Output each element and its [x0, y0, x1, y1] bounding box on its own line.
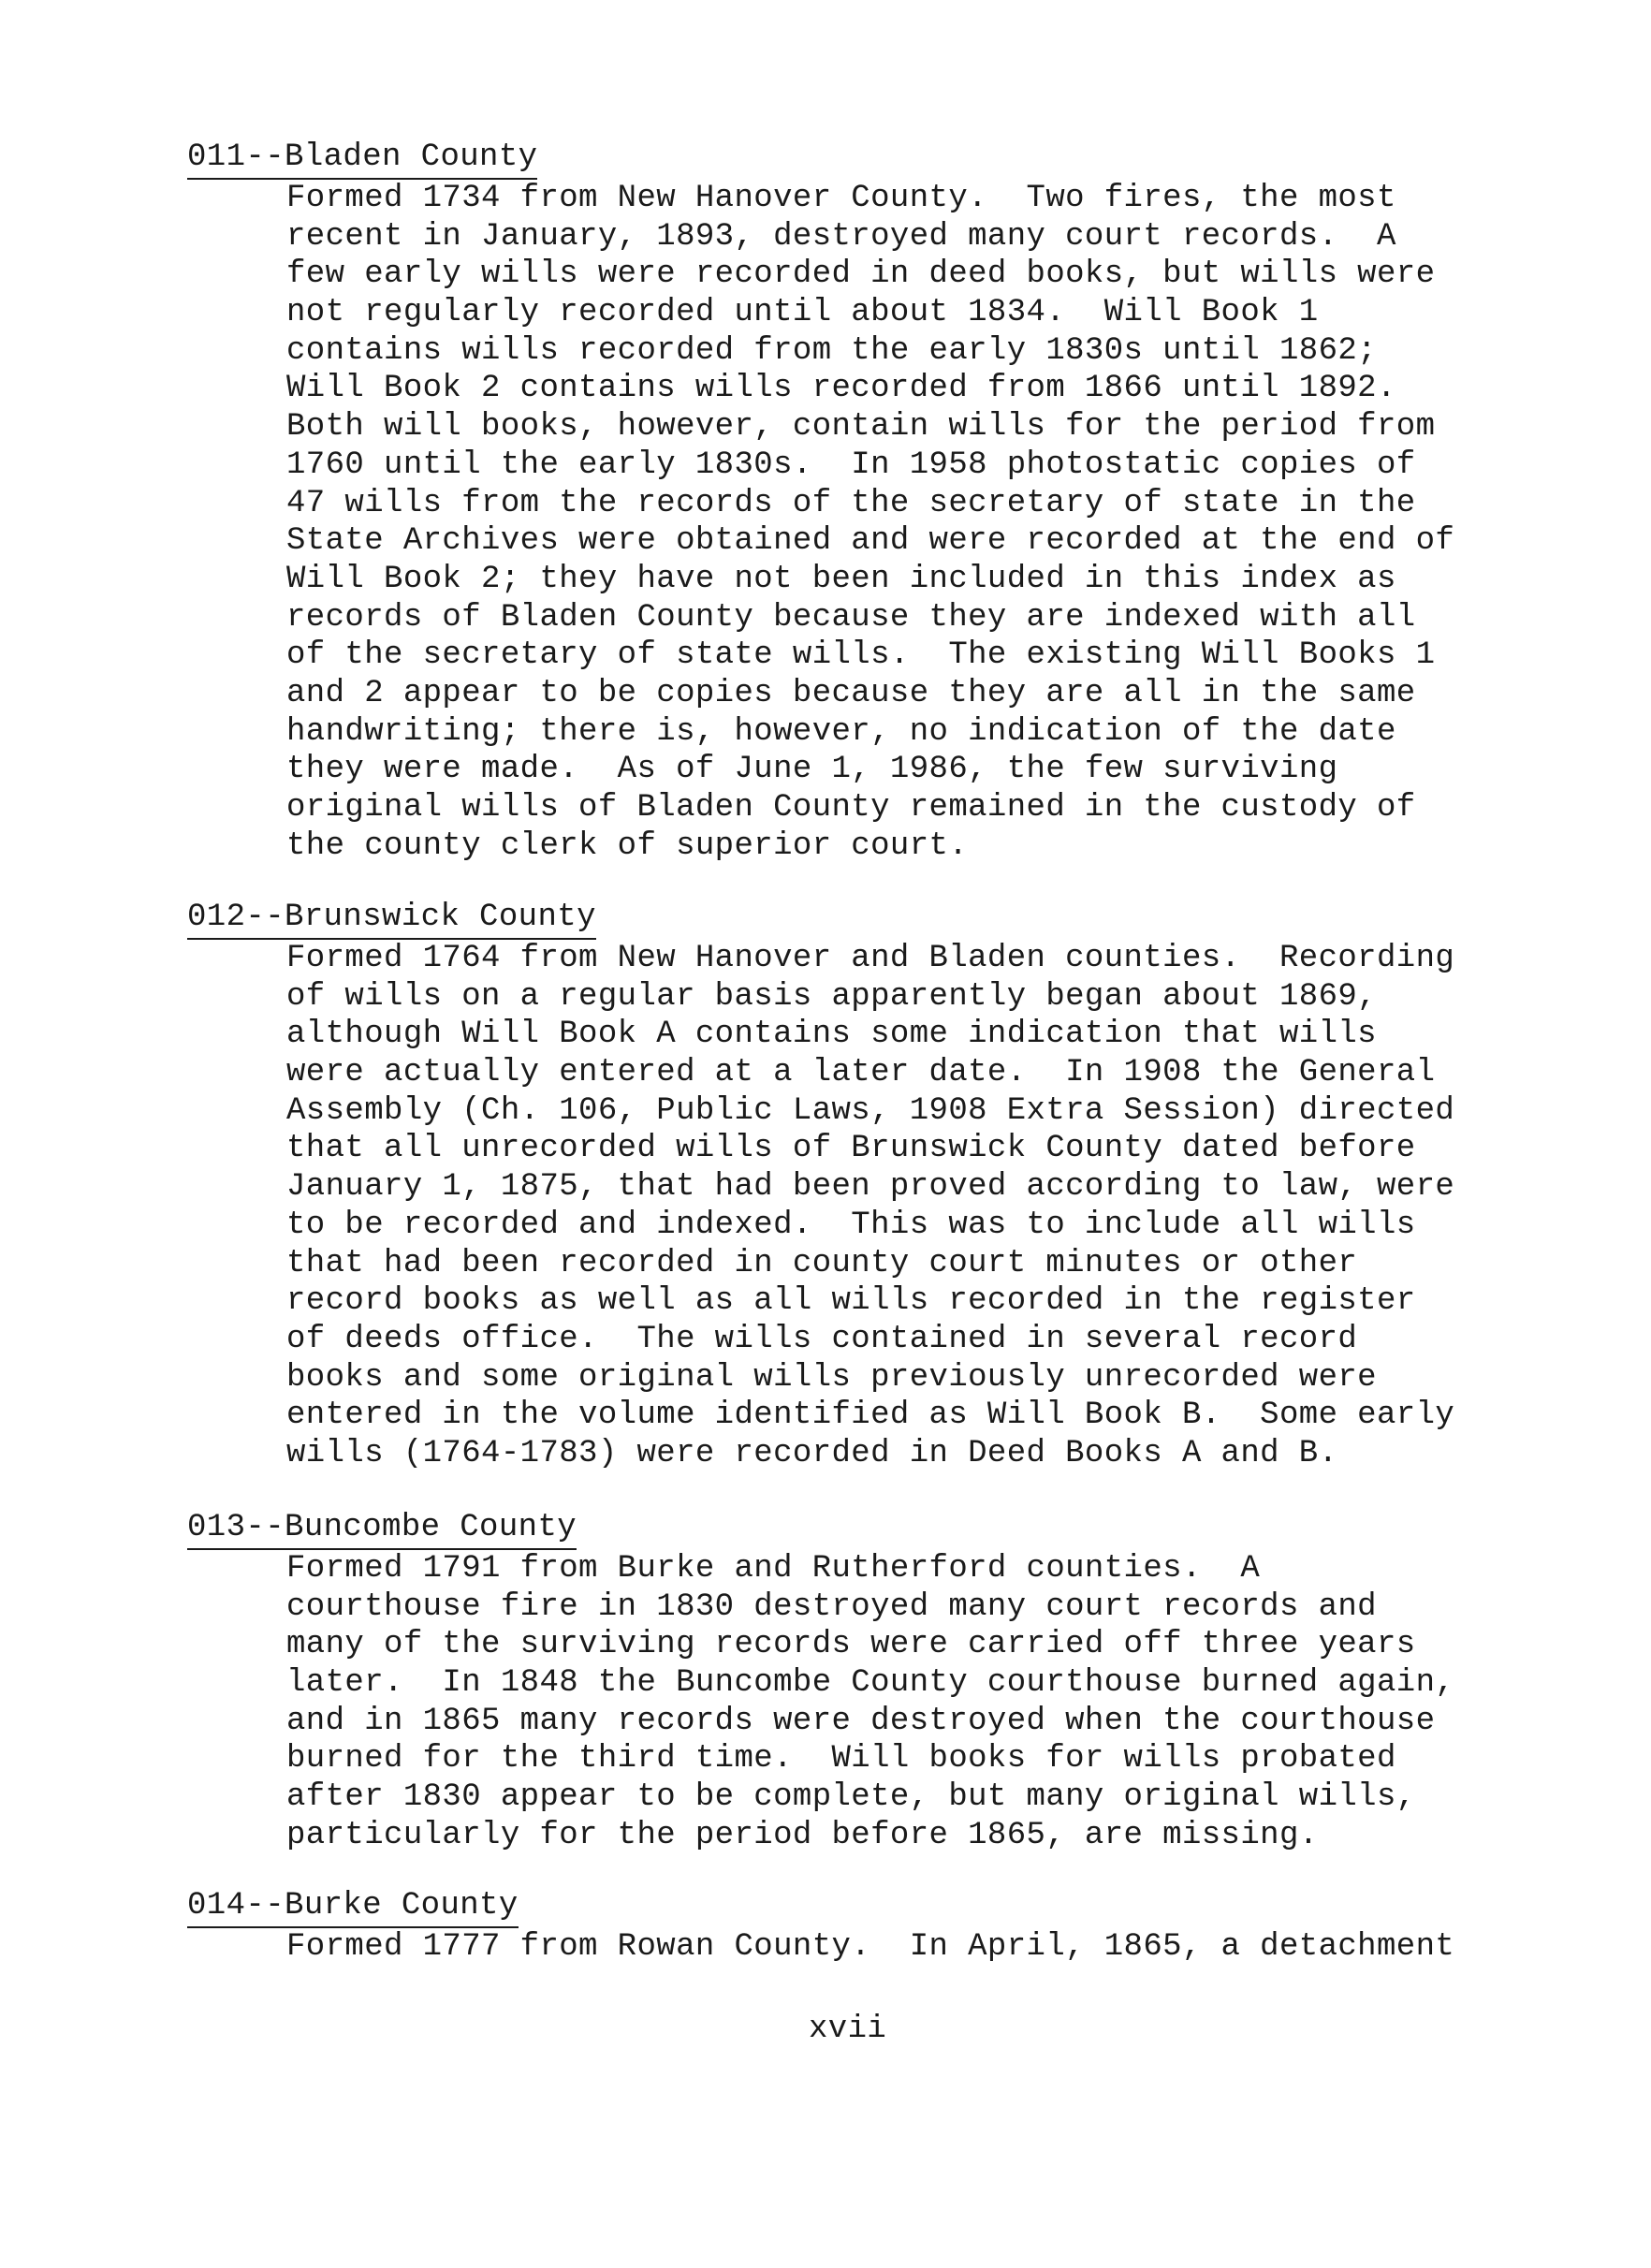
section-heading: 012--Brunswick County	[187, 899, 596, 940]
text-line: they were made. As of June 1, 1986, the …	[286, 751, 1454, 789]
text-line: record books as well as all wills record…	[286, 1282, 1454, 1321]
section-heading: 014--Burke County	[187, 1887, 519, 1928]
text-line: of wills on a regular basis apparently b…	[286, 978, 1454, 1017]
text-line: and in 1865 many records were destroyed …	[286, 1703, 1454, 1741]
text-line: Will Book 2; they have not been included…	[286, 561, 1454, 599]
text-line: of the secretary of state wills. The exi…	[286, 637, 1454, 675]
text-line: contains wills recorded from the early 1…	[286, 332, 1454, 371]
text-line: records of Bladen County because they ar…	[286, 599, 1454, 637]
text-line: were actually entered at a later date. I…	[286, 1054, 1454, 1092]
text-line: burned for the third time. Will books fo…	[286, 1740, 1454, 1778]
text-line: original wills of Bladen County remained…	[286, 789, 1454, 827]
text-line: handwriting; there is, however, no indic…	[286, 713, 1454, 752]
section-body: Formed 1791 from Burke and Rutherford co…	[286, 1550, 1454, 1855]
text-line: particularly for the period before 1865,…	[286, 1817, 1454, 1855]
section-body: Formed 1734 from New Hanover County. Two…	[286, 180, 1454, 865]
text-line: to be recorded and indexed. This was to …	[286, 1207, 1454, 1245]
text-line: after 1830 appear to be complete, but ma…	[286, 1778, 1454, 1817]
text-line: 1760 until the early 1830s. In 1958 phot…	[286, 446, 1454, 485]
text-line: and 2 appear to be copies because they a…	[286, 675, 1454, 713]
text-line: later. In 1848 the Buncombe County court…	[286, 1664, 1454, 1703]
text-line: Formed 1777 from Rowan County. In April,…	[286, 1928, 1454, 1967]
text-line: courthouse fire in 1830 destroyed many c…	[286, 1588, 1454, 1627]
text-line: State Archives were obtained and were re…	[286, 522, 1454, 561]
text-line: entered in the volume identified as Will…	[286, 1397, 1454, 1435]
text-line: Both will books, however, contain wills …	[286, 408, 1454, 446]
section-body: Formed 1764 from New Hanover and Bladen …	[286, 940, 1454, 1473]
text-line: not regularly recorded until about 1834.…	[286, 294, 1454, 332]
text-line: Formed 1764 from New Hanover and Bladen …	[286, 940, 1454, 978]
section-heading: 011--Bladen County	[187, 139, 537, 180]
text-line: that all unrecorded wills of Brunswick C…	[286, 1130, 1454, 1168]
page-number: xvii	[809, 2011, 886, 2048]
text-line: recent in January, 1893, destroyed many …	[286, 218, 1454, 256]
text-line: Formed 1791 from Burke and Rutherford co…	[286, 1550, 1454, 1588]
section-heading: 013--Buncombe County	[187, 1509, 577, 1550]
text-line: Assembly (Ch. 106, Public Laws, 1908 Ext…	[286, 1092, 1454, 1131]
text-line: the county clerk of superior court.	[286, 827, 1454, 866]
text-line: 47 wills from the records of the secreta…	[286, 485, 1454, 523]
text-line: books and some original wills previously…	[286, 1359, 1454, 1397]
text-line: that had been recorded in county court m…	[286, 1245, 1454, 1283]
text-line: of deeds office. The wills contained in …	[286, 1321, 1454, 1359]
section-body: Formed 1777 from Rowan County. In April,…	[286, 1928, 1454, 1967]
text-line: many of the surviving records were carri…	[286, 1626, 1454, 1664]
text-line: January 1, 1875, that had been proved ac…	[286, 1168, 1454, 1207]
text-line: Formed 1734 from New Hanover County. Two…	[286, 180, 1454, 218]
text-line: wills (1764-1783) were recorded in Deed …	[286, 1435, 1454, 1473]
text-line: although Will Book A contains some indic…	[286, 1016, 1454, 1054]
text-line: Will Book 2 contains wills recorded from…	[286, 370, 1454, 408]
text-line: few early wills were recorded in deed bo…	[286, 256, 1454, 294]
